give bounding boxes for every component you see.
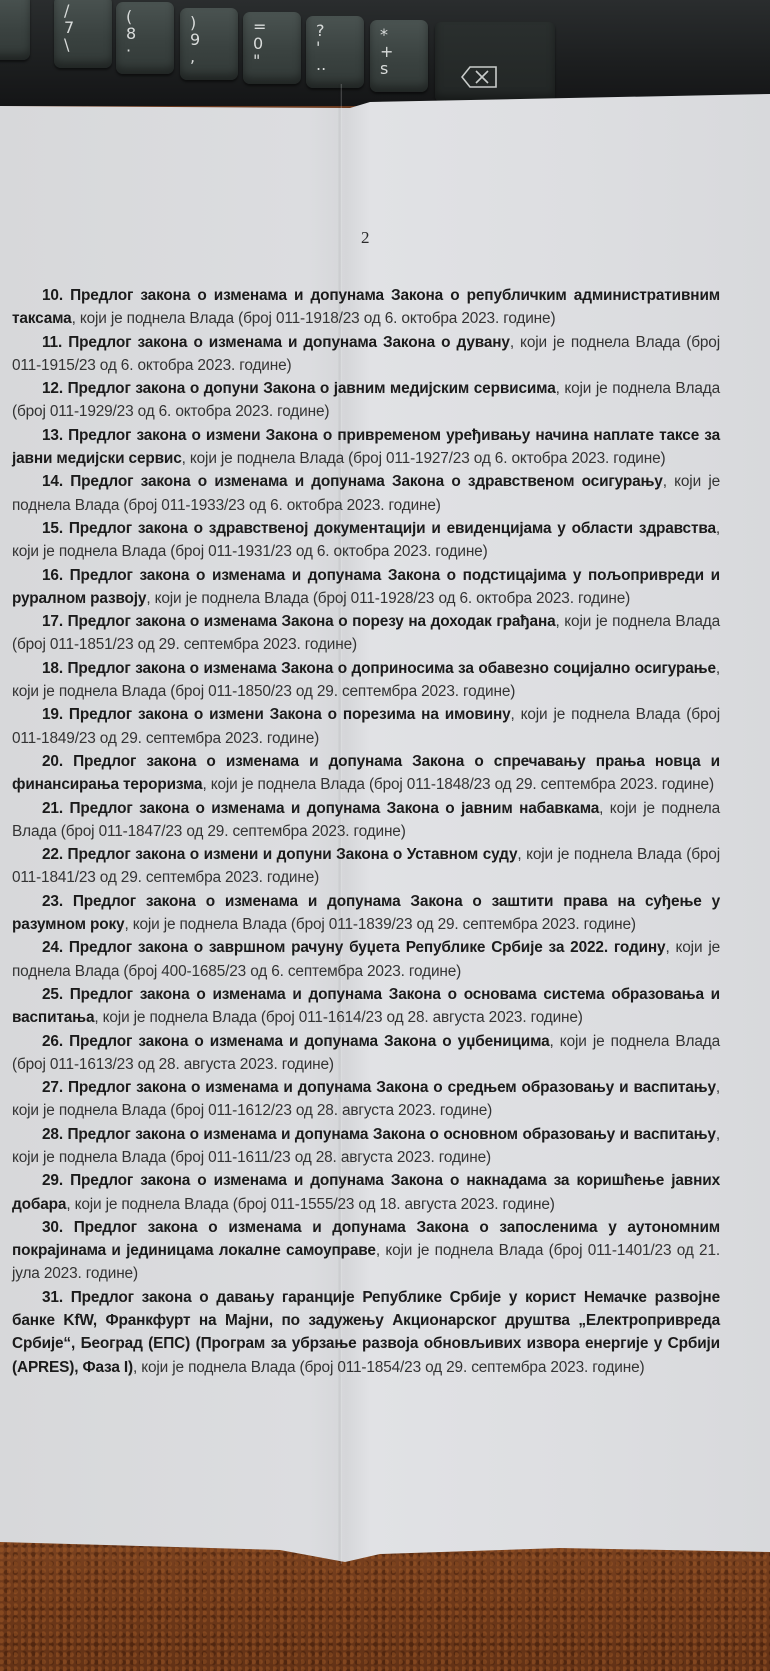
agenda-item-title: 24. Предлог закона о завршном рачуну буџ… [42,939,665,956]
agenda-item-details: , који је поднела Влада (број 011-1918/2… [72,310,556,327]
agenda-item: 19. Предлог закона о измени Закона о пор… [12,703,720,750]
agenda-list: 10. Предлог закона о изменама и допунама… [12,284,720,1379]
backspace-icon [461,66,497,88]
agenda-item: 23. Предлог закона о изменама и допунама… [12,890,720,937]
agenda-item-details: , који је поднела Влада (број 011-1839/2… [124,916,635,933]
agenda-item: 12. Предлог закона о допуни Закона о јав… [12,377,720,424]
key-top-symbol: = [253,18,301,35]
key-bottom-symbol: " [253,52,301,69]
keyboard-key-plus: * + ѕ [370,20,428,92]
agenda-item: 20. Предлог закона о изменама и допунама… [12,750,720,797]
keyboard: / 7 \ ( 8 · ) 9 , = 0 " ? ' .. * + ѕ [0,0,770,106]
key-main-symbol: + [380,43,428,60]
keyboard-key-apostrophe: ? ' .. [306,16,364,88]
agenda-item-title: 19. Предлог закона о измени Закона о пор… [42,706,511,723]
key-main-symbol: 7 [64,19,112,36]
agenda-item: 28. Предлог закона о изменама и допунама… [12,1123,720,1170]
key-bottom-symbol: .. [316,56,364,73]
agenda-item-title: 27. Предлог закона о изменама и допунама… [42,1079,716,1096]
key-top-symbol: ( [126,8,174,25]
agenda-item-title: 15. Предлог закона о здравственој докуме… [42,520,716,537]
key-main-symbol: 0 [253,35,301,52]
keyboard-key-backspace [435,22,555,102]
agenda-item: 25. Предлог закона о изменама и допунама… [12,983,720,1030]
agenda-item: 14. Предлог закона о изменама и допунама… [12,470,720,517]
agenda-item-details: , који је поднела Влада (број 011-1927/2… [182,450,666,467]
agenda-item: 27. Предлог закона о изменама и допунама… [12,1076,720,1123]
agenda-item-title: 21. Предлог закона о изменама и допунама… [42,800,599,817]
agenda-item: 15. Предлог закона о здравственој докуме… [12,517,720,564]
key-bottom-symbol: , [190,48,238,65]
agenda-item: 18. Предлог закона о изменама Закона о д… [12,657,720,704]
keyboard-key-8: ( 8 · [116,2,174,74]
agenda-item-title: 11. Предлог закона о изменама и допунама… [42,334,510,351]
keyboard-key-7: / 7 \ [54,0,112,68]
agenda-item-title: 26. Предлог закона о изменама и допунама… [42,1033,550,1050]
key-top-symbol: ? [316,22,364,39]
agenda-item: 24. Предлог закона о завршном рачуну буџ… [12,936,720,983]
keyboard-key-9: ) 9 , [180,8,238,80]
keyboard-key [0,0,30,60]
agenda-item: 31. Предлог закона о давању гаранције Ре… [12,1286,720,1379]
key-main-symbol: 8 [126,25,174,42]
page-number: 2 [361,228,370,248]
carpet-background [0,1540,770,1671]
agenda-item-details: , који је поднела Влада (број 011-1854/2… [133,1359,644,1376]
agenda-item: 17. Предлог закона о изменама Закона о п… [12,610,720,657]
agenda-item-details: , који је поднела Влада (број 011-1614/2… [94,1009,582,1026]
agenda-item-title: 12. Предлог закона о допуни Закона о јав… [42,380,556,397]
agenda-item-title: 18. Предлог закона о изменама Закона о д… [42,660,716,677]
agenda-item-title: 28. Предлог закона о изменама и допунама… [42,1126,716,1143]
agenda-item-title: 14. Предлог закона о изменама и допунама… [42,473,663,490]
key-bottom-symbol: ѕ [380,60,428,77]
agenda-item: 22. Предлог закона о измени и допуни Зак… [12,843,720,890]
agenda-item-details: , који је поднела Влада (број 011-1928/2… [146,590,630,607]
agenda-item-title: 22. Предлог закона о измени и допуни Зак… [42,846,517,863]
agenda-item: 13. Предлог закона о измени Закона о при… [12,424,720,471]
agenda-item-details: , који је поднела Влада (број 011-1848/2… [202,776,713,793]
key-top-symbol: * [380,26,428,43]
agenda-item-details: , који је поднела Влада (број 011-1555/2… [66,1196,554,1213]
key-top-symbol: / [64,2,112,19]
key-main-symbol: 9 [190,31,238,48]
keyboard-key-0: = 0 " [243,12,301,84]
key-main-symbol: ' [316,39,364,56]
agenda-item: 10. Предлог закона о изменама и допунама… [12,284,720,331]
agenda-item-title: 17. Предлог закона о изменама Закона о п… [42,613,556,630]
key-bottom-symbol: · [126,42,174,59]
agenda-item: 21. Предлог закона о изменама и допунама… [12,797,720,844]
agenda-item: 11. Предлог закона о изменама и допунама… [12,331,720,378]
key-bottom-symbol: \ [64,36,112,53]
agenda-item: 29. Предлог закона о изменама и допунама… [12,1169,720,1216]
agenda-item: 26. Предлог закона о изменама и допунама… [12,1030,720,1077]
agenda-item: 30. Предлог закона о изменама и допунама… [12,1216,720,1286]
key-top-symbol: ) [190,14,238,31]
agenda-item: 16. Предлог закона о изменама и допунама… [12,564,720,611]
